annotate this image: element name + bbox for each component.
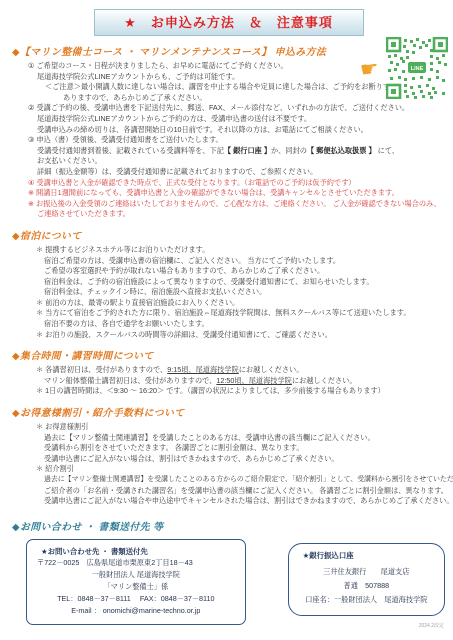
text-line: お支払いください。 xyxy=(28,156,445,167)
text-line: 受講申込書にご記入がない場合は、割引はできかねますので、あらかじめご了承ください… xyxy=(28,454,445,465)
text-line: 詳細（振込金額等）は、受講受付通知書に記載されておりますので、ご参照ください。 xyxy=(28,167,445,178)
pointing-hand-icon: ☛ xyxy=(359,56,381,82)
text-segment: 受講受付通知書到着後、記載されている受講料等を、下記 xyxy=(37,146,224,155)
section-contact: ◆お問い合わせ ・ 書類送付先 等 ★お問い合わせ先 ・ 書類送付先 〒722－… xyxy=(12,519,445,625)
text-line: ＊ お得意様割引 xyxy=(28,422,445,433)
tel-fax: TEL：0848－37－8111 FAX：0848－37－8110 xyxy=(33,593,239,605)
text-line: 宿泊ご希望の方は、受講申込書の宿泊欄に、ご記入ください。 当方にてご予約いたしま… xyxy=(28,256,445,267)
revision-note: 2024.2改定 xyxy=(419,622,444,629)
text-line: 過去に【マリン整備士関連講習】を受講したことのある方からのご紹介限定で、「紹介割… xyxy=(28,475,445,486)
text-line: 受講申込みの締め切りは、各講習開始日の10日前です。それ以降の方は、お電話にてご… xyxy=(28,125,445,136)
text-line: ＜ご注意＞最小開講人数に達しない場合は、講習を中止する場合や定員に達した場合は、… xyxy=(28,82,445,93)
text-line: ＊ 1日の講習時間は、＜9:30 ～ 16:20＞ です。（講習の状況によりまし… xyxy=(28,386,445,397)
bank-branch: 三井住友銀行 尾道支店 xyxy=(295,565,438,579)
qr-line-label: LINE xyxy=(411,66,424,72)
text-segment: ＊ 各講習初日は、受付がありますので、 xyxy=(36,365,167,374)
bank-account-box: ★銀行振込口座 三井住友銀行 尾道支店 普通 507888 口座名：一般財団法人… xyxy=(288,543,445,616)
text-line: 宿泊不要の方は、各自で通学をお願いいたします。 xyxy=(28,319,445,330)
section-lodging: ◆宿泊について ＊ 提携するビジネスホテル等にお泊りいただけます。 宿泊ご希望の… xyxy=(12,228,445,340)
contact-address-box: ★お問い合わせ先 ・ 書類送付先 〒722－0025 広島県尾道市栗原東2丁目1… xyxy=(26,539,246,625)
contact-box-title: ★お問い合わせ先 ・ 書類送付先 xyxy=(33,546,239,557)
text-line: 尾道海技学院公式LINEアカウントからご予約の方は、受講申込書の送付は不要です。 xyxy=(28,114,445,125)
text-line: ③ 申込（書）受領後、受講受付通知書をご送付いたします。 xyxy=(28,135,445,146)
qr-code-graphic: LINE xyxy=(386,37,448,99)
text-line: ご希望の客室選択や予約が取れない場合もありますので、あらかじめご了承ください。 xyxy=(28,266,445,277)
text-line: 過去に【マリン整備士関連講習】を受講したことのある方は、受講申込書の該当欄にご記… xyxy=(28,433,445,444)
text-line: ＊ 各講習初日は、受付がありますので、9:15頃、尾道海技学院にお越しください。 xyxy=(28,365,445,376)
postal-address: 〒722－0025 広島県尾道市栗原東2丁目18－43 xyxy=(33,557,239,569)
text-line: 受講受付通知書到着後、記載されている受講料等を、下記【 銀行口座 】か、同封の【… xyxy=(28,146,445,157)
bank-box-title: ★銀行振込口座 xyxy=(295,550,438,561)
page-title-banner: ★ お申込み方法 ＆ 注意事項 xyxy=(94,9,364,36)
text-line: ご紹介者の「お名前・受講された講習名」を受講申込書の該当欄にご記入ください。 各… xyxy=(28,486,445,497)
department-name: 「マリン整備士」係 xyxy=(33,581,239,593)
section-schedule: ◆集合時間・講習時間について ＊ 各講習初日は、受付がありますので、9:15頃、… xyxy=(12,348,445,397)
text-segment: にて、 xyxy=(376,146,399,155)
text-line: ＊ 当方にて宿泊をご予約された方に限り、宿泊施設⇔尾道海技学院間は、無料スクール… xyxy=(28,308,445,319)
text-line: ＊ お泊りの施設、スクールバスの時間等の詳細は、受講受付通知書にて、ご確認くださ… xyxy=(28,330,445,341)
text-segment: か、同封の xyxy=(271,146,307,155)
bank-account-ref: 【 銀行口座 】 xyxy=(224,146,271,155)
text-segment: マリン船体整備士講習初日は、受付がありますので、 xyxy=(44,376,216,385)
section-heading-apply: ◆【マリン整備士コース ・ マリンメンテナンスコース】 申込み方法 xyxy=(12,44,445,58)
text-line: 宿泊料金は、チェックイン時に、宿泊施設へ直接お支払いください。 xyxy=(28,287,445,298)
section-discount: ◆お得意様割引・紹介手数料について ＊ お得意様割引 過去に【マリン整備士関連講… xyxy=(12,405,445,507)
warning-line: ※ お振込後の入金受領のご連絡はいたしておりませんので、ご心配な方は、ご連絡くだ… xyxy=(28,199,445,210)
text-line: 尾道海技学院公式LINEアカウントからも、ご予約は可能です。 xyxy=(28,72,445,83)
text-line: 受講料から割引をさせていただきます。 各講習ごとに割引金額は、異なります。 xyxy=(28,443,445,454)
text-line: マリン船体整備士講習初日は、受付がありますので、12:50頃、尾道海技学院にお越… xyxy=(28,376,445,387)
text-line: 宿泊料金は、ご予約の宿泊施設によって異なりますので、受講受付通知書にて、お知らせ… xyxy=(28,277,445,288)
warning-line: ※ 開講日1週間前になっても、受講申込書と入金の確認ができない場合は、受講キャン… xyxy=(28,188,445,199)
section-heading-discount: ◆お得意様割引・紹介手数料について xyxy=(12,405,445,419)
section-heading-schedule: ◆集合時間・講習時間について xyxy=(12,348,445,362)
warning-line: ④ 受講申込書と入金が確認できた時点で、正式な受付となります。（お電話でのご予約… xyxy=(28,178,445,189)
text-line: ありますので、あらかじめご了承ください。 xyxy=(28,93,445,104)
text-line: 受講申込書にご記入がない場合や申込途中でキャンセルされた場合は、割引はできかねま… xyxy=(28,496,445,507)
page-title: ★ お申込み方法 ＆ 注意事項 xyxy=(124,15,333,30)
organization-name: 一般財団法人 尾道海技学院 xyxy=(33,569,239,581)
document-page: ★ お申込み方法 ＆ 注意事項 xyxy=(0,0,453,640)
section-heading-contact: ◆お問い合わせ ・ 書類送付先 等 xyxy=(12,519,445,533)
line-qr-code: LINE xyxy=(386,37,448,104)
email-address: E-mail ： onomichi@marine-techno.or.jp xyxy=(33,605,239,617)
text-line: ＊ 提携するビジネスホテル等にお泊りいただけます。 xyxy=(28,245,445,256)
text-line: ① ご希望のコース・日程が決まりましたら、お早めに電話にてご予約ください。 xyxy=(28,61,445,72)
meeting-time-2: 12:50頃、尾道海技学院 xyxy=(216,376,292,385)
account-holder: 口座名：一般財団法人 尾道海技学院 xyxy=(295,593,438,607)
text-line: ＊ 前泊の方は、最寄の駅より直接宿泊施設にお入りください。 xyxy=(28,298,445,309)
meeting-time-1: 9:15頃、尾道海技学院 xyxy=(167,365,239,374)
text-line: ＊ 紹介割引 xyxy=(28,464,445,475)
text-segment: にお越しください。 xyxy=(292,376,357,385)
text-segment: にお越しください。 xyxy=(239,365,304,374)
account-number: 普通 507888 xyxy=(295,579,438,593)
section-apply: ◆【マリン整備士コース ・ マリンメンテナンスコース】 申込み方法 ① ご希望の… xyxy=(12,44,445,220)
warning-line: ご連絡させていただきます。 xyxy=(28,209,445,220)
text-line: ② 受講ご予約の後、受講申込書を下記送付先に、郵送、FAX、メール添付など、いず… xyxy=(28,103,445,114)
section-heading-lodging: ◆宿泊について xyxy=(12,228,445,242)
postal-slip-ref: 【 郵便払込取扱票 】 xyxy=(307,146,376,155)
